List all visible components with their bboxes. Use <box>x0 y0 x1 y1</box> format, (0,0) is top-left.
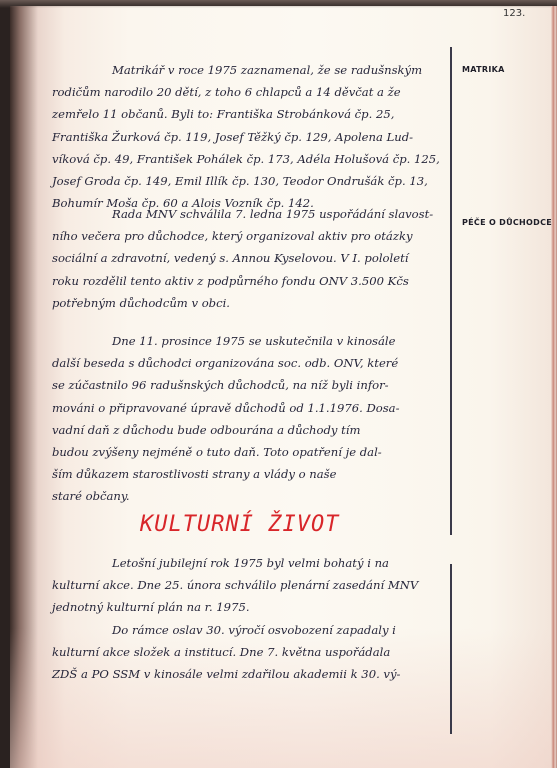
text-line: budou zvýšeny nejméně o tuto daň. Toto o… <box>52 441 444 463</box>
section-title-kulturni-zivot: KULTURNÍ ŽIVOT <box>140 512 339 537</box>
text-line: se zúčastnilo 96 radušnských důchodců, n… <box>52 374 444 396</box>
paragraph-beseda: Dne 11. prosince 1975 se uskutečnila v k… <box>52 330 444 508</box>
text-line: Matrikář v roce 1975 zaznamenal, že se r… <box>52 59 444 81</box>
text-line: Josef Groda čp. 149, Emil Illík čp. 130,… <box>52 170 444 192</box>
text-line: rodičům narodilo 20 dětí, z toho 6 chlap… <box>52 81 444 103</box>
text-line: potřebným důchodcům v obci. <box>52 292 444 314</box>
paragraph-rada-mnv: Rada MNV schválila 7. ledna 1975 uspořád… <box>52 203 444 314</box>
text-line: roku rozdělil tento aktiv z podpůrného f… <box>52 270 444 292</box>
page-edge <box>551 6 557 768</box>
text-line: mováni o připravované úpravě důchodů od … <box>52 397 444 419</box>
text-line: zemřelo 11 občanů. Byli to: Františka St… <box>52 103 444 125</box>
text-line: ZDŠ a PO SSM v kinosále velmi zdařilou a… <box>52 663 444 685</box>
page-number: 123. <box>503 8 525 19</box>
text-line: kulturní akce složek a institucí. Dne 7.… <box>52 641 444 663</box>
paragraph-matrika: Matrikář v roce 1975 zaznamenal, že se r… <box>52 59 444 214</box>
margin-rule <box>450 564 452 734</box>
text-line: ším důkazem starostlivosti strany a vlád… <box>52 463 444 485</box>
text-line: Františka Žurková čp. 119, Josef Těžký č… <box>52 126 444 148</box>
text-line: jednotný kulturní plán na r. 1975. <box>52 596 444 618</box>
text-line: Do rámce oslav 30. výročí osvobození zap… <box>52 619 444 641</box>
text-line: kulturní akce. Dne 25. února schválilo p… <box>52 574 444 596</box>
text-line: ního večera pro důchodce, který organizo… <box>52 225 444 247</box>
text-line: Dne 11. prosince 1975 se uskutečnila v k… <box>52 330 444 352</box>
margin-label-pece-o-duchodce: PÉČE O DŮCHODCE <box>462 218 552 227</box>
text-line: víková čp. 49, František Pohálek čp. 173… <box>52 148 444 170</box>
page-top-shadow <box>0 0 557 8</box>
margin-label-matrika: MATRIKA <box>462 65 505 74</box>
text-line: Rada MNV schválila 7. ledna 1975 uspořád… <box>52 203 444 225</box>
text-line: sociální a zdravotní, vedený s. Annou Ky… <box>52 247 444 269</box>
text-line: staré občany. <box>52 485 444 507</box>
margin-rule <box>450 47 452 535</box>
paragraph-kultura: Letošní jubilejní rok 1975 byl velmi boh… <box>52 552 444 685</box>
text-line: Letošní jubilejní rok 1975 byl velmi boh… <box>52 552 444 574</box>
text-line: další beseda s důchodci organizována soc… <box>52 352 444 374</box>
text-line: vadní daň z důchodu bude odbourána a důc… <box>52 419 444 441</box>
